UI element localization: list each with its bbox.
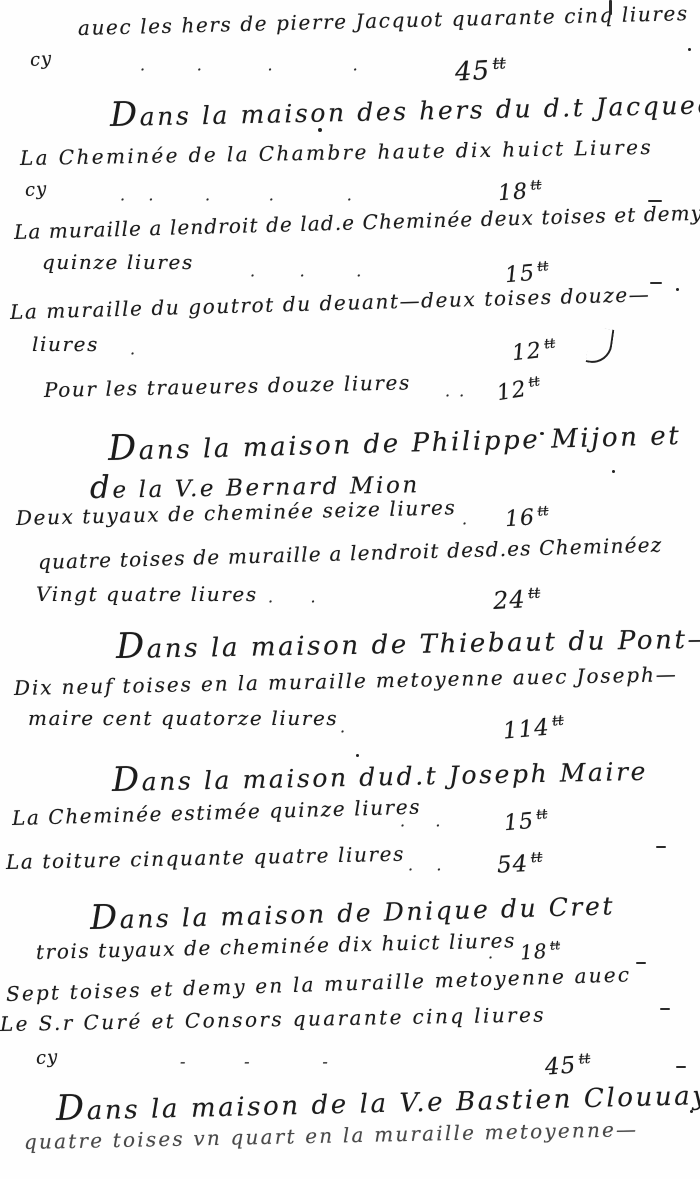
amount-value: 12 xyxy=(495,377,529,406)
amount: 24tt xyxy=(492,584,541,615)
livres-unit: tt xyxy=(537,503,549,520)
livres-unit: tt xyxy=(536,806,548,823)
entry-line: La toiture cinquante quatre liures xyxy=(6,842,405,874)
section-heading: Dans la maison de Thiebaut du Pont— xyxy=(116,616,700,667)
stray-dash xyxy=(676,1066,686,1068)
livres-unit: tt xyxy=(550,937,561,953)
stray-dash xyxy=(660,1008,670,1010)
entry-line: Vingt quatre liures xyxy=(36,582,258,606)
entry-line: quatre toises de muraille a lendroit des… xyxy=(38,533,663,574)
amount-value: 54 xyxy=(496,851,529,879)
livres-unit: tt xyxy=(537,258,549,275)
amount-value: 12 xyxy=(511,338,543,366)
leader-dots: · · · · · xyxy=(120,190,354,209)
cy-mark: cy xyxy=(24,178,48,201)
leader-dots: · xyxy=(130,344,137,363)
livres-unit: tt xyxy=(528,584,541,603)
ink-speck xyxy=(356,754,359,757)
leader-dots: · xyxy=(462,514,469,533)
amount-value: 114 xyxy=(502,715,551,745)
amount-value: 45 xyxy=(454,56,491,88)
stray-dash xyxy=(648,200,662,202)
leader-dots: · · · · xyxy=(140,60,360,79)
livres-unit: tt xyxy=(530,177,542,194)
ink-speck xyxy=(609,0,612,15)
amount-value: 15 xyxy=(504,261,536,289)
entry-line: Dix neuf toises en la muraille metoyenne… xyxy=(14,662,678,700)
leader-dots: · · xyxy=(400,816,443,835)
entry-line: Le S.r Curé et Consors quarante cinq liu… xyxy=(0,1002,546,1036)
ink-speck xyxy=(540,432,544,435)
entry-line: Pour les traueures douze liures xyxy=(44,370,411,402)
cy-mark: cy xyxy=(35,1046,59,1069)
amount-value: 18 xyxy=(519,939,548,965)
amount-value: 18 xyxy=(497,179,529,206)
livres-unit: tt xyxy=(528,373,541,391)
livres-unit: tt xyxy=(578,1051,591,1068)
entry-line: La Cheminée estimée quinze liures xyxy=(12,795,422,830)
livres-unit: tt xyxy=(492,53,506,73)
section-heading: Dans la maison dud.t Joseph Maire xyxy=(112,749,649,799)
amount: 54tt xyxy=(496,850,543,879)
entry-line: auec les hers de pierre Jacquot quarante… xyxy=(78,1,689,40)
leader-dots: · xyxy=(488,948,495,967)
entry-line: maire cent quatorze liures xyxy=(28,706,338,730)
ink-speck xyxy=(612,470,615,473)
amount: 45tt xyxy=(454,53,507,87)
livres-unit: tt xyxy=(552,713,565,730)
entry-line: liures xyxy=(32,332,99,356)
entry-line: La Cheminée de la Chambre haute dix huic… xyxy=(20,135,653,170)
cy-mark: cy xyxy=(29,48,53,71)
amount: 16tt xyxy=(504,503,550,532)
amount: 12tt xyxy=(511,335,557,366)
amount: 114tt xyxy=(502,713,565,745)
stray-dash xyxy=(636,962,646,964)
ink-speck xyxy=(690,1110,693,1113)
leader-dots: · · · xyxy=(250,266,363,285)
ink-speck xyxy=(318,128,322,132)
entry-line: quinze liures xyxy=(42,250,194,274)
amount: 18tt xyxy=(519,937,561,964)
leader-dots: · · xyxy=(408,860,443,879)
section-heading: Dans la maison des hers du d.t Jacqueot xyxy=(110,82,700,134)
leader-dots: · · xyxy=(445,386,466,405)
section-heading: Dans la maison de Dnique du Cret xyxy=(89,883,615,937)
entry-line: La muraille du goutrot du deuant—deux to… xyxy=(10,282,651,324)
amount: 12tt xyxy=(495,373,543,406)
ink-flourish xyxy=(586,327,615,366)
amount-value: 16 xyxy=(504,505,536,532)
amount: 15tt xyxy=(504,258,550,288)
entry-line: Deux tuyaux de cheminée seize liures xyxy=(16,495,457,530)
amount-value: 24 xyxy=(492,585,526,615)
livres-unit: tt xyxy=(531,850,543,867)
amount: 15tt xyxy=(503,806,549,836)
ink-speck xyxy=(688,48,691,51)
stray-dash xyxy=(650,282,662,284)
leader-dots: · · xyxy=(268,592,318,611)
livres-unit: tt xyxy=(543,335,556,352)
amount: 18tt xyxy=(497,177,543,206)
leader-dots: - - - xyxy=(180,1052,330,1071)
manuscript-page: auec les hers de pierre Jacquot quarante… xyxy=(0,0,700,1179)
leader-dots: · xyxy=(340,722,347,741)
amount-value: 15 xyxy=(503,809,535,837)
stray-dash xyxy=(656,846,666,848)
section-heading: Dans la maison de Philippe Mijon et xyxy=(107,412,681,469)
entry-line: Sept toises et demy en la muraille metoy… xyxy=(6,962,632,1006)
ink-speck xyxy=(676,288,679,291)
entry-line: La muraille a lendroit de lad.e Cheminée… xyxy=(14,201,700,244)
